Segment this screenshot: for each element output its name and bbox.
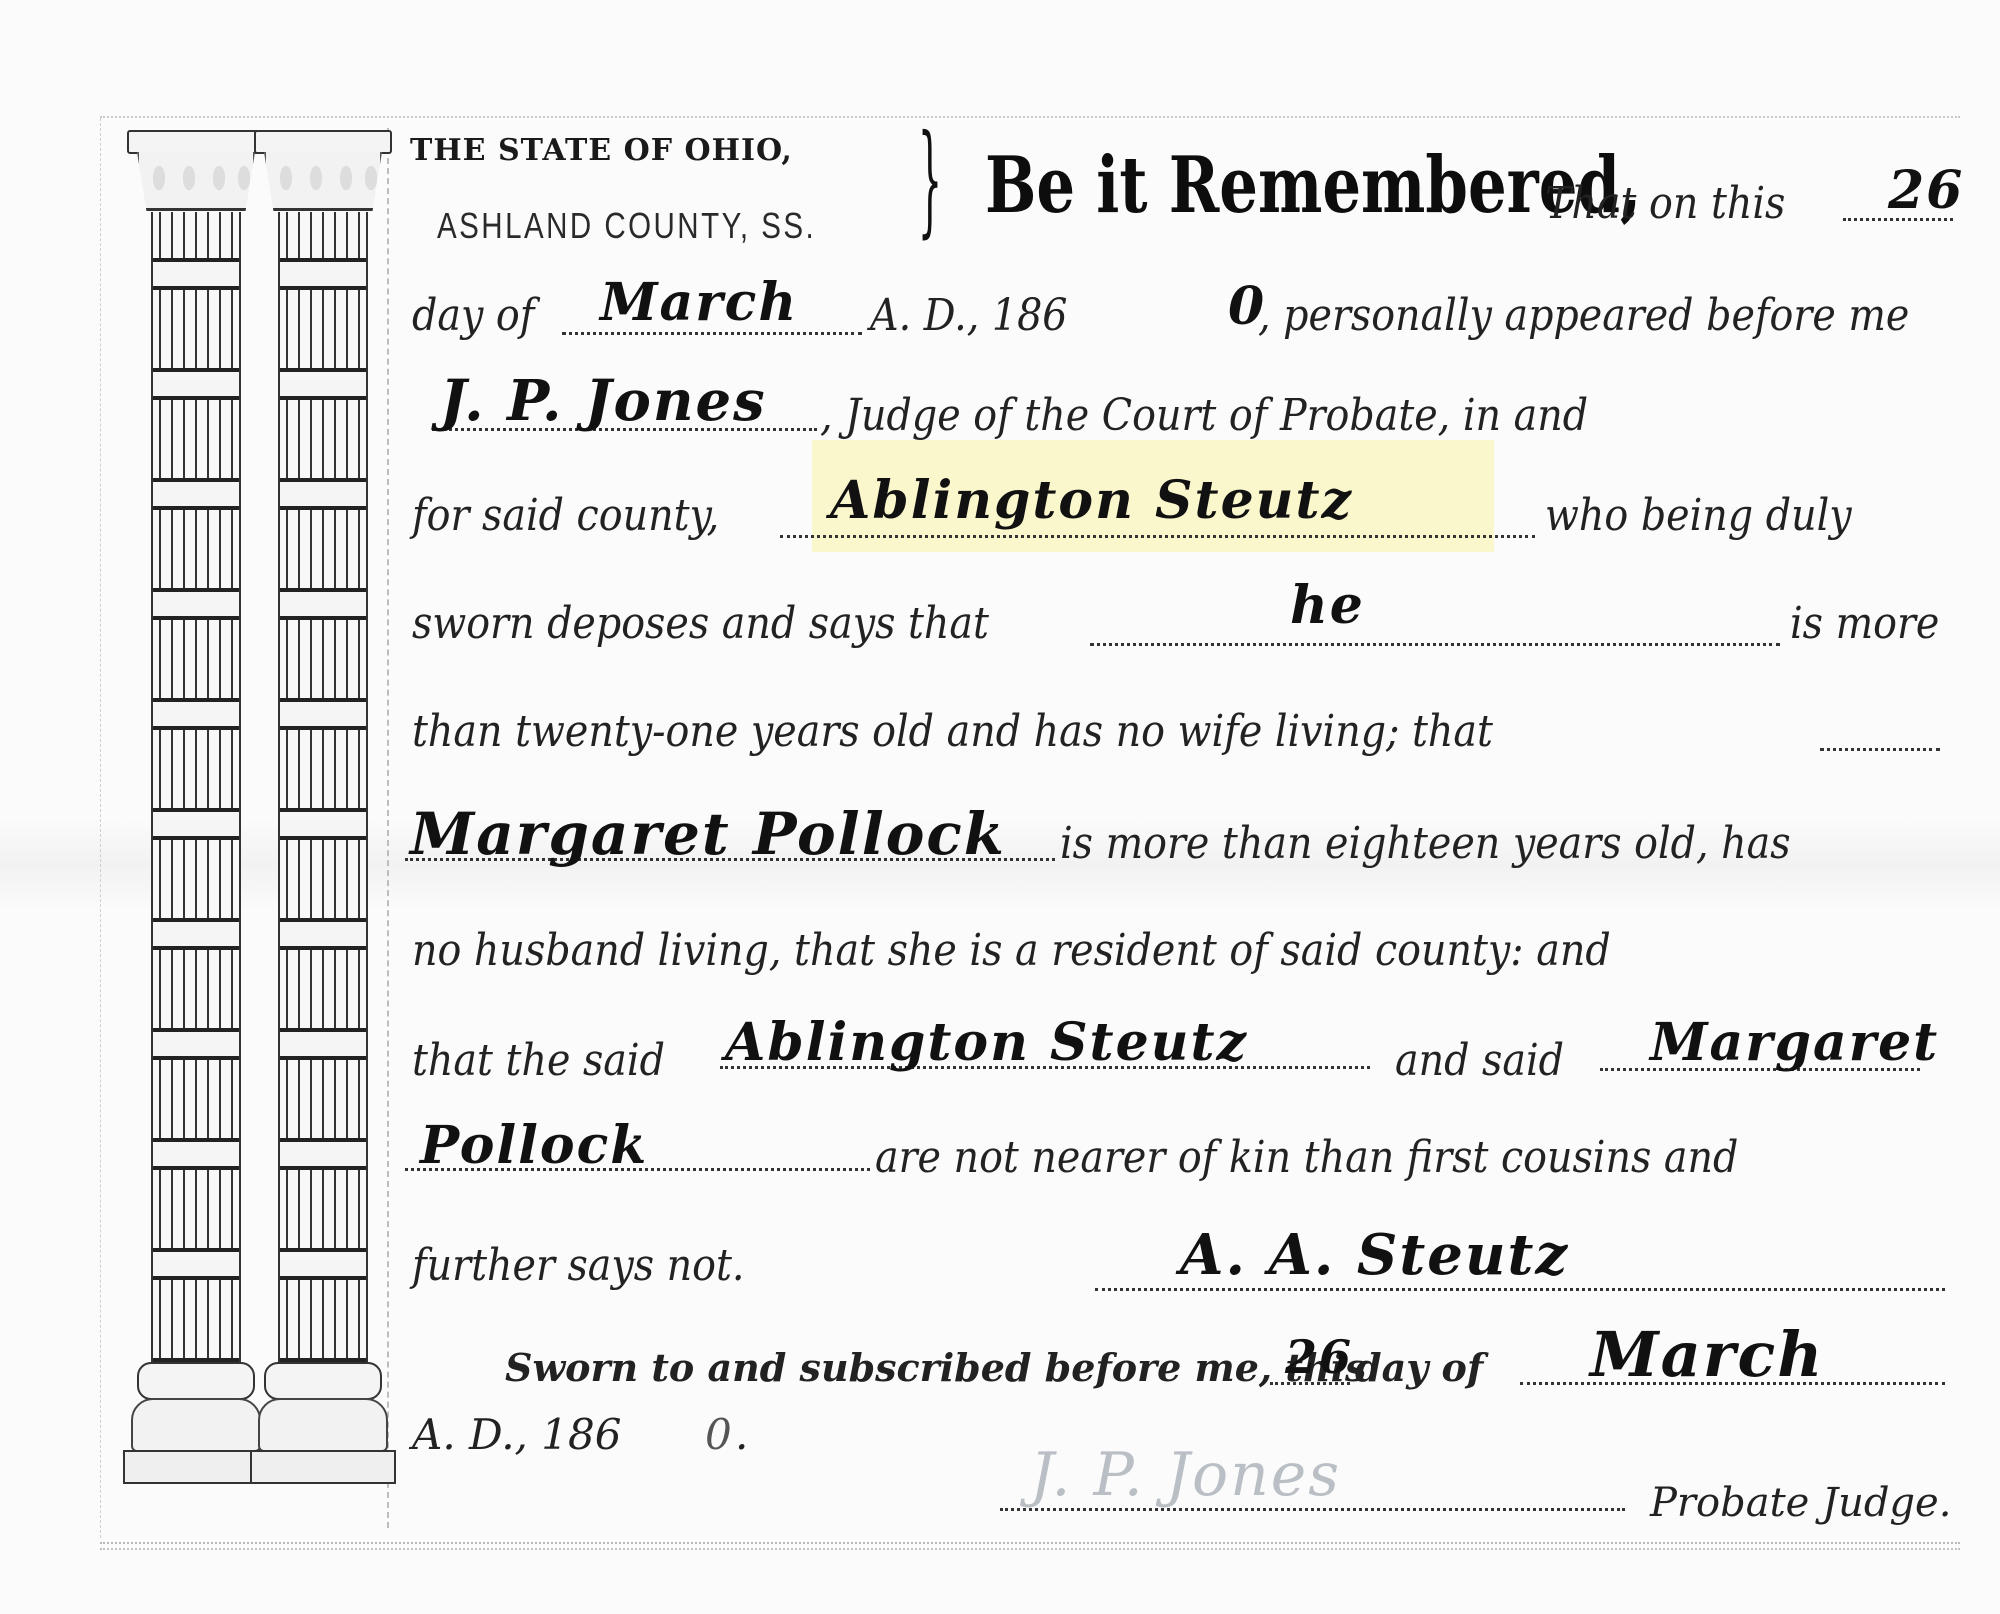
line2-day-of: day of	[412, 290, 534, 341]
jurat-ad: A. D., 186	[412, 1410, 621, 1459]
month-field: March	[600, 272, 798, 333]
line10-printed: are not nearer of kin than first cousins…	[875, 1132, 1738, 1183]
affiant-signature: A. A. Steutz	[1180, 1222, 1569, 1288]
judge-field: J. P. Jones	[440, 368, 767, 434]
line5-more: is more	[1790, 598, 1939, 649]
jurat-day-of: day of	[1355, 1345, 1483, 1390]
line9-and-said: and said	[1395, 1035, 1564, 1086]
line11-printed: further says not.	[412, 1240, 745, 1291]
county-heading: ASHLAND COUNTY, SS.	[437, 205, 816, 247]
bride-first-field: Margaret	[1650, 1012, 1939, 1073]
jurat-year-digit: 0	[705, 1410, 732, 1459]
line8-printed: no husband living, that she is a residen…	[412, 925, 1611, 976]
line1-printed: That on this	[1545, 178, 1785, 229]
line6-printed: than twenty-one years old and has no wif…	[412, 706, 1493, 757]
decorative-column-right-icon	[260, 130, 382, 1515]
affiant-signature-line	[1095, 1288, 1945, 1291]
line3-printed: , Judge of the Court of Probate, in and	[820, 390, 1588, 441]
line5-sworn: sworn deposes and says that	[412, 598, 989, 649]
state-heading: THE STATE OF OHIO,	[410, 133, 793, 168]
line2-ad: A. D., 186	[870, 290, 1067, 341]
jurat-month: March	[1590, 1318, 1824, 1391]
decorative-column-left-icon	[133, 130, 255, 1515]
line4-county: for said county,	[412, 490, 719, 541]
brace-icon: }	[918, 109, 943, 250]
bride-last-field: Pollock	[420, 1115, 648, 1176]
groom-field: Ablington Steutz	[725, 1012, 1248, 1073]
form-border-bottom	[100, 1548, 1960, 1550]
document-title: Be it Remembered,	[985, 140, 1641, 231]
line7-printed: is more than eighteen years old, has	[1060, 818, 1791, 869]
line4-duly: who being duly	[1545, 490, 1852, 541]
line2-appeared: , personally appeared before me	[1258, 290, 1909, 341]
form-border-left	[100, 118, 101, 1538]
line6-blank	[1820, 748, 1940, 751]
jurat-sworn-text: Sworn to and subscribed before me, this	[505, 1345, 1366, 1390]
judge-signature: J. P. Jones	[1030, 1440, 1341, 1510]
day-field: 26	[1888, 160, 1964, 221]
applicant-field-line	[780, 535, 1535, 538]
line9-said: that the said	[412, 1035, 665, 1086]
jurat-period: .	[735, 1410, 748, 1459]
applicant-field: Ablington Steutz	[830, 470, 1353, 531]
bride-field: Margaret Pollock	[410, 800, 1006, 868]
pronoun-field: he	[1290, 575, 1365, 636]
jurat-day: 26	[1285, 1330, 1353, 1384]
probate-judge-title: Probate Judge.	[1650, 1480, 1951, 1526]
column-divider	[387, 128, 389, 1528]
pronoun-field-line	[1090, 643, 1780, 646]
